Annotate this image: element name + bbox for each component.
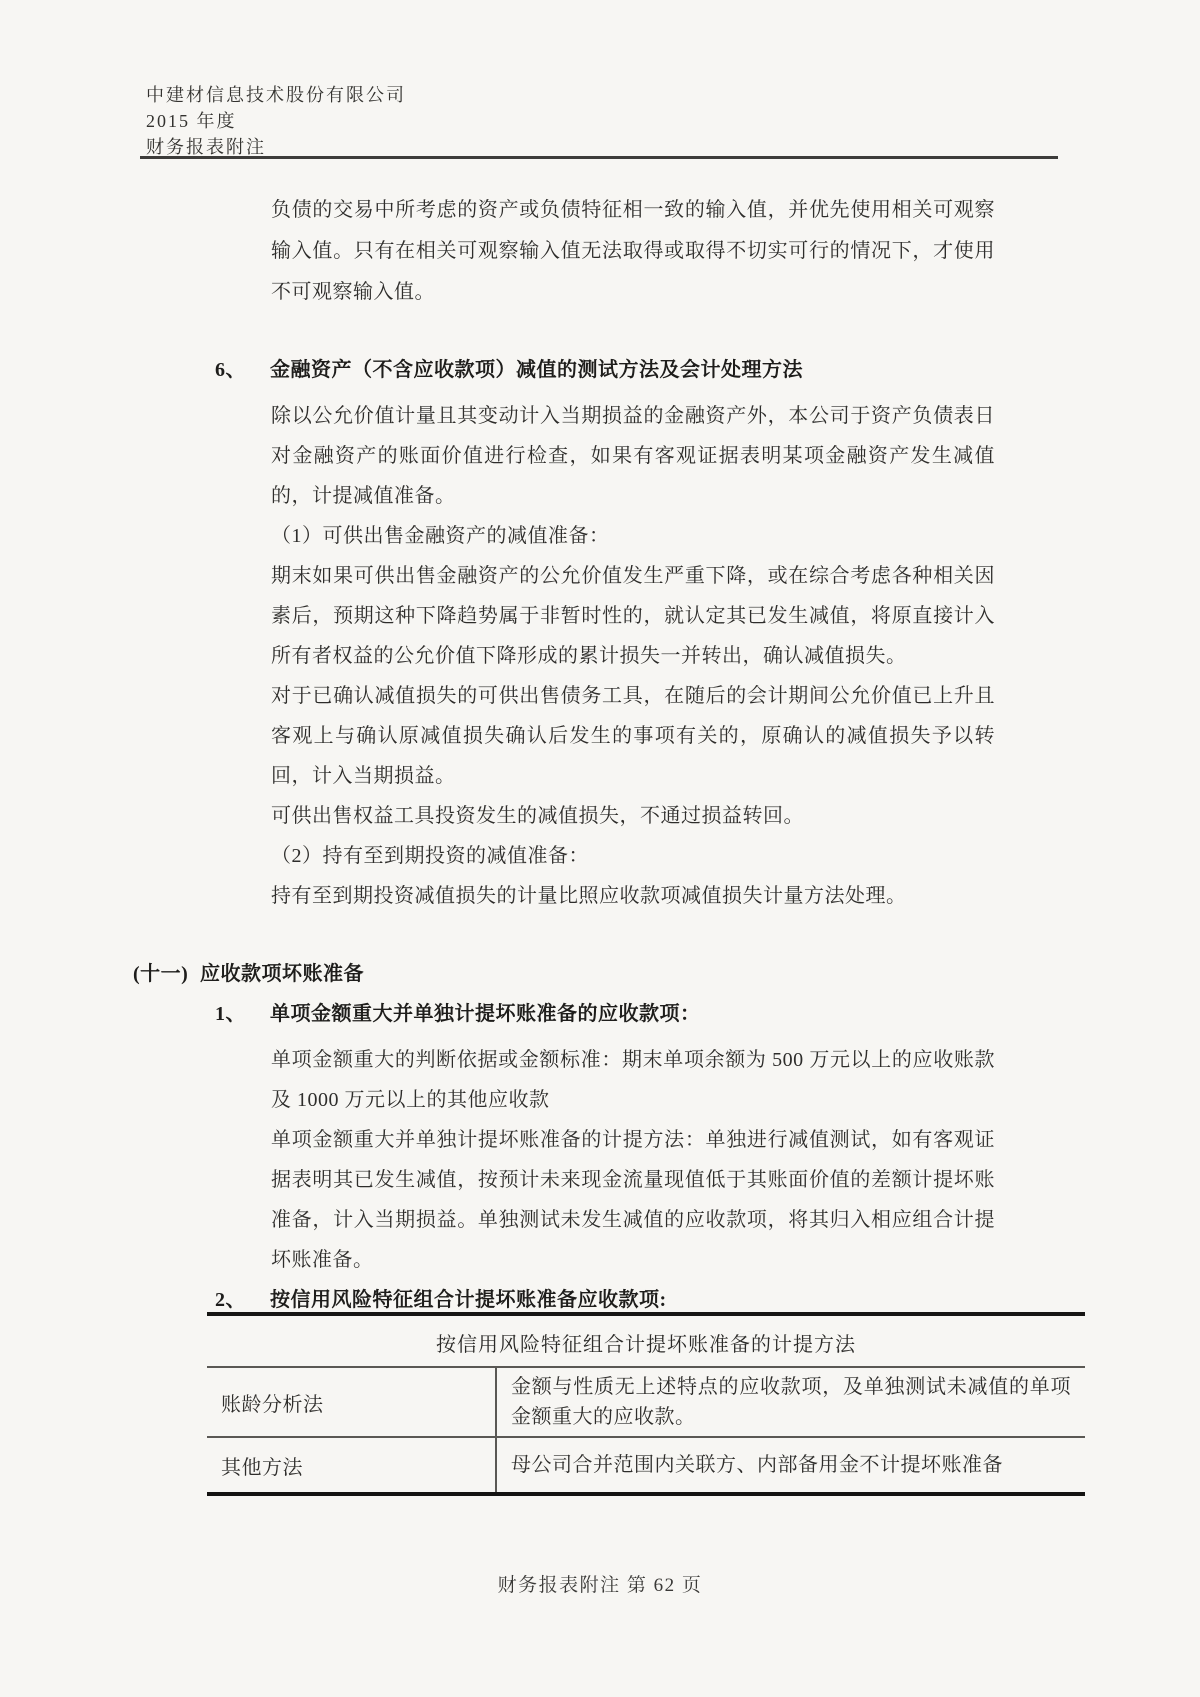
paragraph: 期末如果可供出售金融资产的公允价值发生严重下降，或在综合考虑各种相关因素后，预期… (271, 556, 995, 676)
section-6-title: 金融资产（不含应收款项）减值的测试方法及会计处理方法 (270, 356, 803, 384)
fiscal-year: 2015 年度 (146, 108, 406, 134)
subsection-1-heading: 1、 单项金额重大并单独计提坏账准备的应收款项： (215, 1000, 701, 1028)
subsection-2-number: 2、 (215, 1286, 270, 1314)
document-page: 中建材信息技术股份有限公司 2015 年度 财务报表附注 负债的交易中所考虑的资… (0, 0, 1200, 1697)
section-6-number: 6、 (215, 356, 270, 384)
subsection-2-title: 按信用风险特征组合计提坏账准备应收款项: (270, 1286, 667, 1314)
paragraph: （2）持有至到期投资的减值准备： (271, 836, 995, 876)
table-row: 其他方法 母公司合并范围内关联方、内部备用金不计提坏账准备 (207, 1437, 1085, 1494)
section-6-heading: 6、 金融资产（不含应收款项）减值的测试方法及会计处理方法 (215, 356, 803, 384)
subsection-1-number: 1、 (215, 1000, 270, 1028)
section-11-heading: (十一) 应收款项坏账准备 (133, 960, 364, 988)
provision-method-table: 账龄分析法 金额与性质无上述特点的应收款项，及单独测试未减值的单项金额重大的应收… (207, 1366, 1085, 1496)
paragraph: 单项金额重大的判断依据或金额标准：期末单项余额为 500 万元以上的应收账款及 … (271, 1040, 995, 1120)
table-row: 账龄分析法 金额与性质无上述特点的应收款项，及单独测试未减值的单项金额重大的应收… (207, 1367, 1085, 1437)
subsection-1-title: 单项金额重大并单独计提坏账准备的应收款项： (270, 1000, 701, 1028)
method-description-cell: 母公司合并范围内关联方、内部备用金不计提坏账准备 (496, 1437, 1085, 1494)
paragraph: （1）可供出售金融资产的减值准备： (271, 516, 995, 556)
intro-paragraph: 负债的交易中所考虑的资产或负债特征相一致的输入值，并优先使用相关可观察输入值。只… (271, 190, 995, 313)
paragraph: 单项金额重大并单独计提坏账准备的计提方法：单独进行减值测试，如有客观证据表明其已… (271, 1120, 995, 1280)
table-caption: 按信用风险特征组合计提坏账准备的计提方法 (207, 1328, 1085, 1357)
method-name-cell: 账龄分析法 (207, 1367, 496, 1437)
subsection-2-underline (207, 1312, 1085, 1316)
company-name: 中建材信息技术股份有限公司 (146, 82, 406, 108)
paragraph: 持有至到期投资减值损失的计量比照应收款项减值损失计量方法处理。 (271, 876, 995, 916)
paragraph: 对于已确认减值损失的可供出售债务工具，在随后的会计期间公允价值已上升且客观上与确… (271, 676, 995, 796)
paragraph: 除以公允价值计量且其变动计入当期损益的金融资产外，本公司于资产负债表日对金融资产… (271, 396, 995, 516)
header-divider (140, 156, 1058, 159)
page-footer: 财务报表附注 第 62 页 (0, 1570, 1200, 1597)
section-11-number: (十一) (133, 960, 200, 988)
section-11-title: 应收款项坏账准备 (200, 960, 364, 988)
subsection-1-body: 单项金额重大的判断依据或金额标准：期末单项余额为 500 万元以上的应收账款及 … (271, 1040, 995, 1280)
section-6-body: 除以公允价值计量且其变动计入当期损益的金融资产外，本公司于资产负债表日对金融资产… (271, 396, 995, 916)
page-header: 中建材信息技术股份有限公司 2015 年度 财务报表附注 (146, 82, 406, 160)
subsection-2-heading: 2、 按信用风险特征组合计提坏账准备应收款项: (215, 1286, 667, 1314)
method-name-cell: 其他方法 (207, 1437, 496, 1494)
paragraph: 可供出售权益工具投资发生的减值损失，不通过损益转回。 (271, 796, 995, 836)
method-description-cell: 金额与性质无上述特点的应收款项，及单独测试未减值的单项金额重大的应收款。 (496, 1367, 1085, 1437)
